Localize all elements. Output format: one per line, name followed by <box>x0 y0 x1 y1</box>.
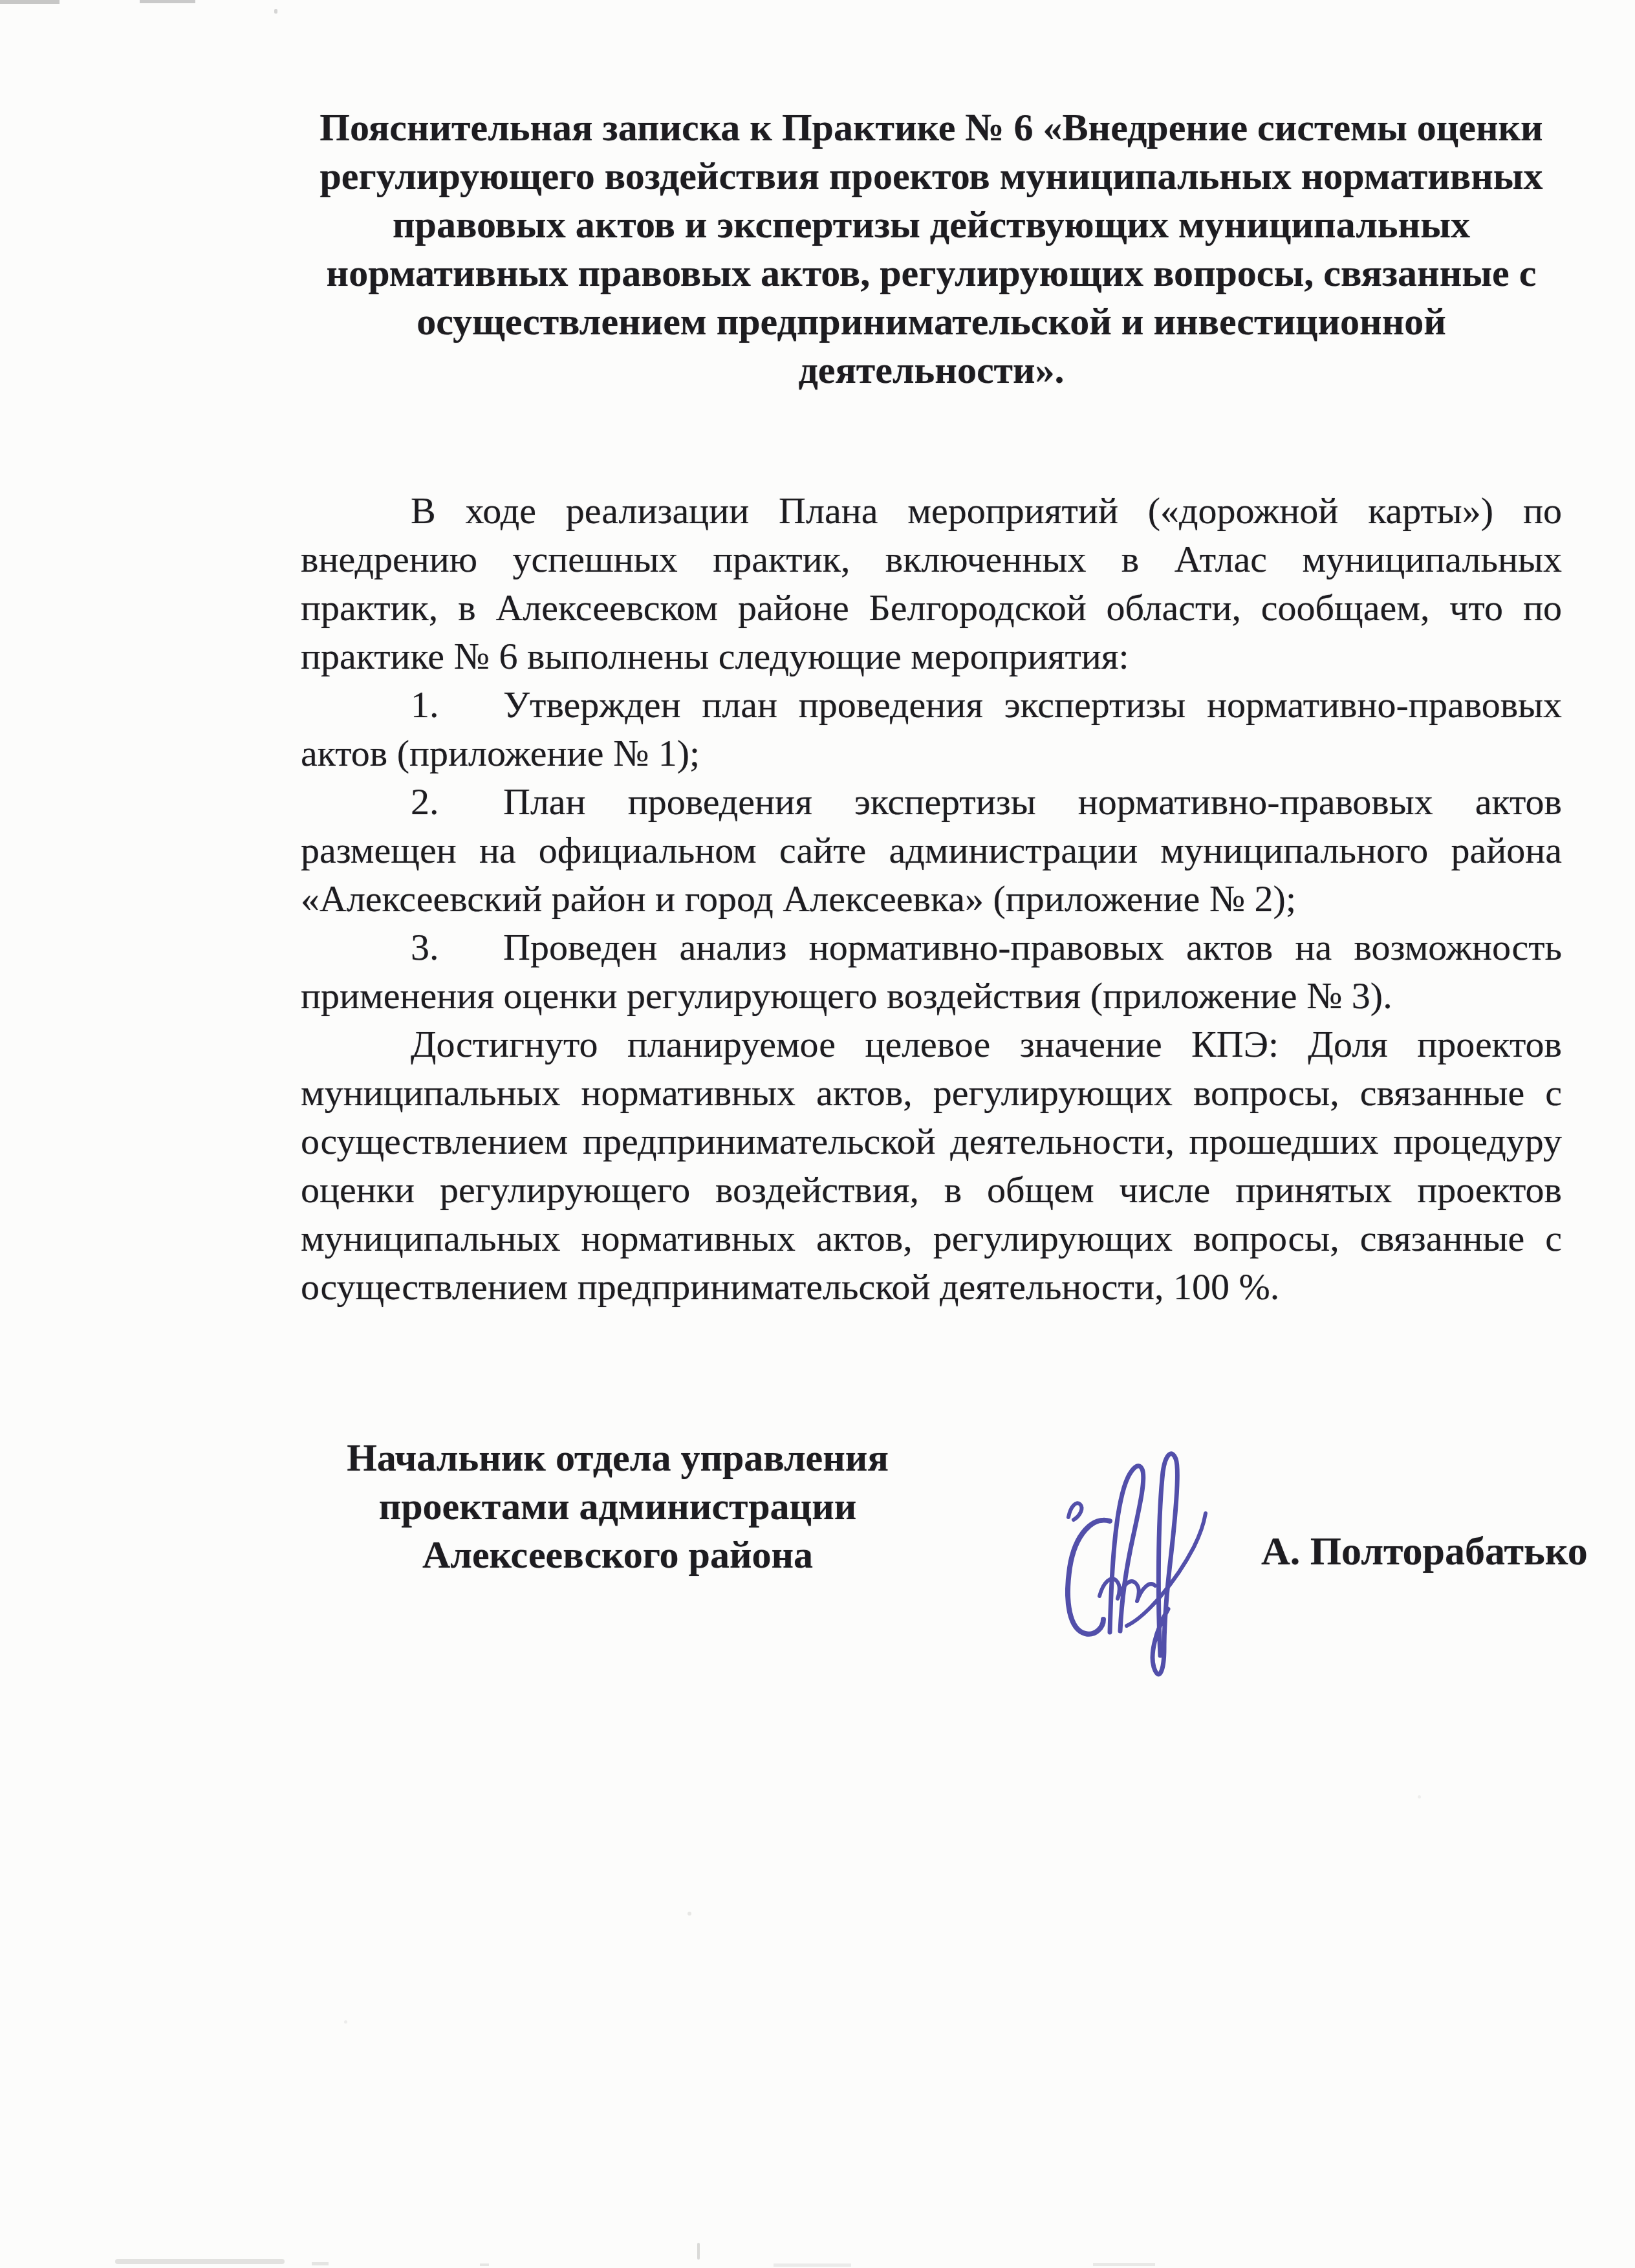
text-line: Достигнуто планируемое целевое значение … <box>301 1020 1562 1068</box>
document-title: Пояснительная записка к Практике № 6 «Вн… <box>301 103 1562 394</box>
scan-artifact <box>274 9 277 14</box>
title-line: деятельности». <box>301 346 1562 394</box>
line-text: Утвержден план проведения экспертизы нор… <box>503 684 1562 726</box>
text-line: внедрению успешных практик, включенных в… <box>301 535 1562 583</box>
scan-artifact <box>0 0 60 4</box>
position-line: Алексеевского района <box>301 1531 935 1579</box>
scan-artifact <box>344 2020 347 2024</box>
text-line: 1.Утвержден план проведения экспертизы н… <box>301 680 1562 729</box>
title-line: регулирующего воздействия проектов муниц… <box>301 152 1562 200</box>
text-line: 2.План проведения экспертизы нормативно-… <box>301 777 1562 826</box>
list-number: 3. <box>411 923 503 971</box>
paragraph: 2.План проведения экспертизы нормативно-… <box>301 777 1562 923</box>
text-line: актов (приложение № 1); <box>301 729 1562 777</box>
signer-position: Начальник отдела управленияпроектами адм… <box>301 1434 935 1579</box>
list-number: 1. <box>411 680 503 729</box>
scan-artifact <box>688 1912 691 1916</box>
scan-artifact <box>774 2263 851 2267</box>
text-line: «Алексеевский район и город Алексеевка» … <box>301 874 1562 923</box>
title-line: Пояснительная записка к Практике № 6 «Вн… <box>301 103 1562 152</box>
text-line: муниципальных нормативных актов, регулир… <box>301 1068 1562 1117</box>
text-line: В ходе реализации Плана мероприятий («до… <box>301 486 1562 535</box>
text-line: применения оценки регулирующего воздейст… <box>301 971 1562 1020</box>
text-line: 3.Проведен анализ нормативно-правовых ак… <box>301 923 1562 971</box>
line-text: Проведен анализ нормативно-правовых акто… <box>503 926 1562 968</box>
text-line: осуществлением предпринимательской деяте… <box>301 1262 1562 1311</box>
paragraph: 3.Проведен анализ нормативно-правовых ак… <box>301 923 1562 1020</box>
paragraph: В ходе реализации Плана мероприятий («до… <box>301 486 1562 680</box>
text-line: муниципальных нормативных актов, регулир… <box>301 1214 1562 1262</box>
scan-artifact <box>1093 2263 1155 2266</box>
scan-artifact <box>312 2262 329 2265</box>
document-page: Пояснительная записка к Практике № 6 «Вн… <box>0 0 1635 2268</box>
document-body: В ходе реализации Плана мероприятий («до… <box>301 486 1562 1311</box>
line-text: План проведения экспертизы нормативно-пр… <box>503 781 1562 823</box>
title-line: правовых актов и экспертизы действующих … <box>301 200 1562 249</box>
scan-artifact <box>697 2243 700 2260</box>
title-line: нормативных правовых актов, регулирующих… <box>301 249 1562 297</box>
scan-artifact <box>140 0 195 3</box>
list-number: 2. <box>411 777 503 826</box>
text-line: осуществлением предпринимательской деяте… <box>301 1117 1562 1165</box>
position-line: проектами администрации <box>301 1482 935 1531</box>
text-line: практике № 6 выполнены следующие меропри… <box>301 632 1562 680</box>
scan-artifact <box>115 2259 285 2264</box>
text-line: практик, в Алексеевском районе Белгородс… <box>301 583 1562 632</box>
text-line: оценки регулирующего воздействия, в обще… <box>301 1165 1562 1214</box>
scan-artifact <box>1418 1795 1421 1798</box>
paragraph: 1.Утвержден план проведения экспертизы н… <box>301 680 1562 777</box>
signer-name: А. Полторабатько <box>1261 1528 1588 1576</box>
position-line: Начальник отдела управления <box>301 1434 935 1482</box>
paragraph: Достигнуто планируемое целевое значение … <box>301 1020 1562 1311</box>
scan-artifact <box>480 2263 489 2266</box>
title-line: осуществлением предпринимательской и инв… <box>301 297 1562 346</box>
text-line: размещен на официальном сайте администра… <box>301 826 1562 874</box>
